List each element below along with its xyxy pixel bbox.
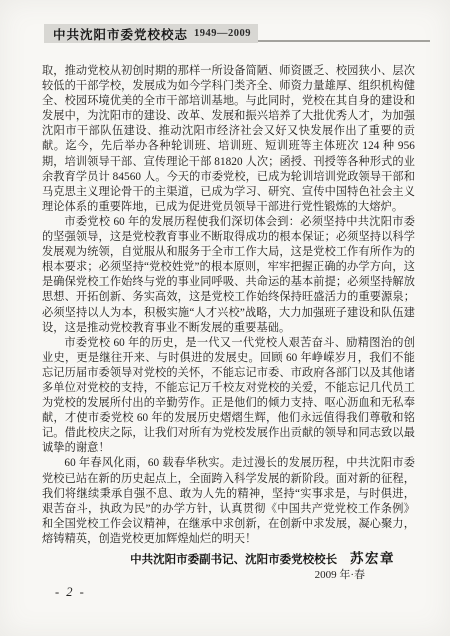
book-years: 1949—2009 (194, 28, 251, 39)
paragraph-continuation: 取，推动党校从初创时期的那样一所设备简陋、师资匮乏、校园狭小、层次较低的干部学校… (42, 64, 415, 215)
running-header-band: 中共沈阳市委党校校志 1949—2009 (44, 24, 258, 43)
signature-title: 中共沈阳市委副书记、沈阳市委党校校长 (130, 554, 337, 566)
paragraph: 60 年春风化雨，60 载春华秋实。走过漫长的发展历程，中共沈阳市委党校已站在新… (42, 456, 415, 547)
scanned-page: 中共沈阳市委党校校志 1949—2009 取，推动党校从初创时期的那样一所设备简… (0, 0, 450, 636)
paragraph: 市委党校 60 年的发展历程使我们深切体会到：必须坚持中共沈阳市委的坚强领导，这… (42, 215, 415, 336)
paragraph: 市委党校 60 年的历史，是一代又一代党校人艰苦奋斗、励精图治的创业史，更是继往… (42, 336, 415, 457)
signature-name: 苏宏章 (350, 551, 395, 566)
header-rule-line (246, 40, 430, 42)
signature-date: 2009 年·春 (315, 566, 365, 582)
page-number: - 2 - (55, 585, 86, 600)
body-text: 取，推动党校从初创时期的那样一所设备简陋、师资匮乏、校园狭小、层次较低的干部学校… (42, 64, 415, 547)
signature-line: 中共沈阳市委副书记、沈阳市委党校校长 苏宏章 (130, 547, 395, 567)
book-title: 中共沈阳市委党校校志 (53, 25, 188, 43)
